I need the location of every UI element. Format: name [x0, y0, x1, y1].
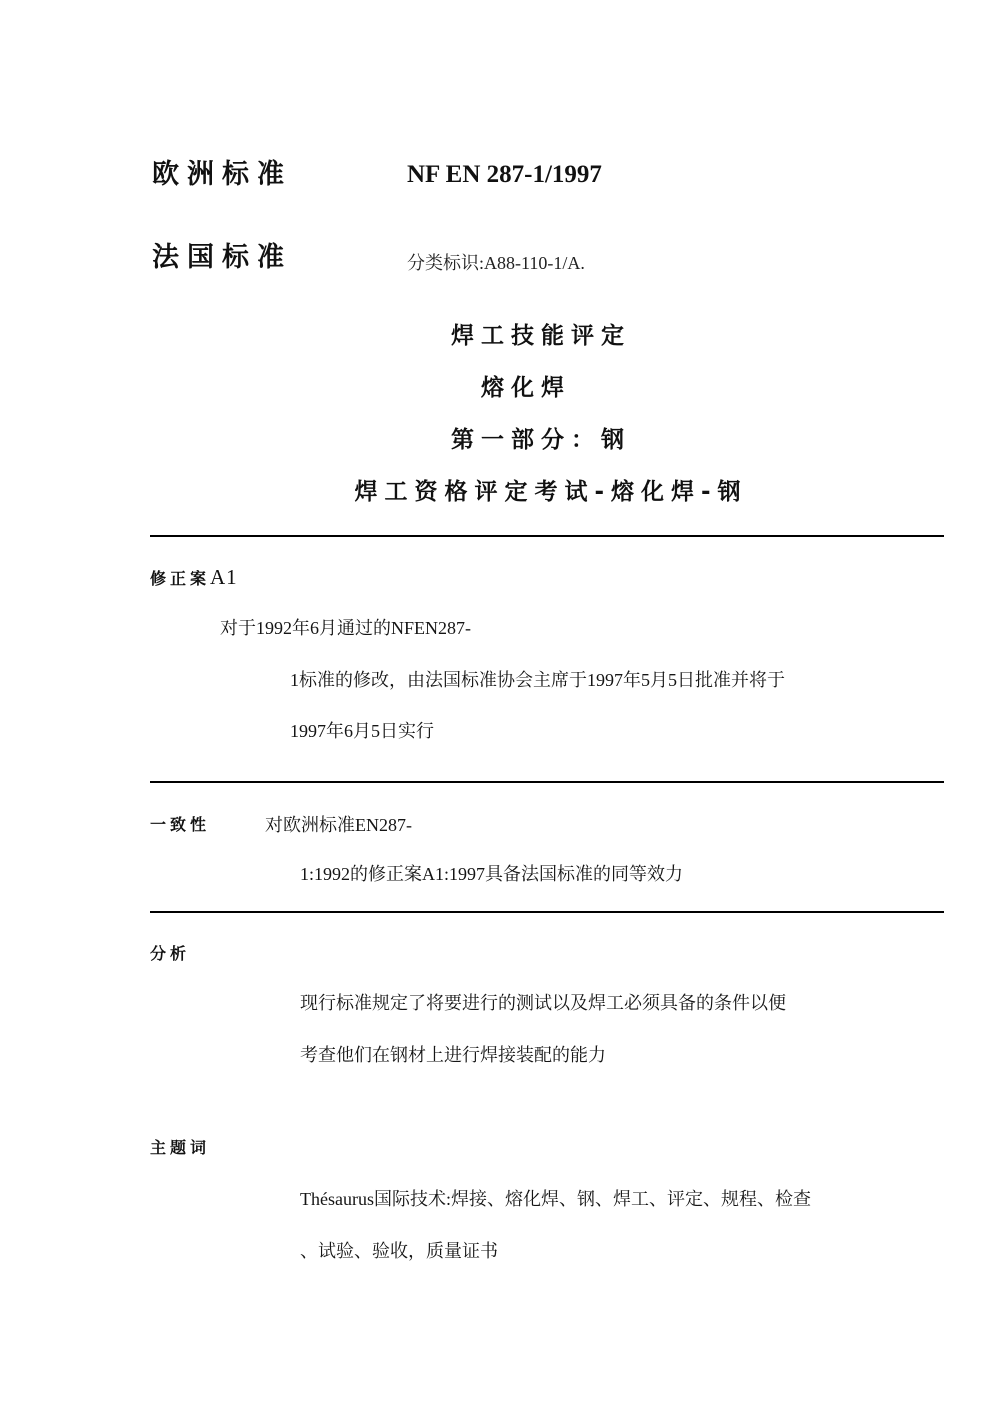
- analysis-line-2: 考查他们在钢材上进行焊接装配的能力: [300, 1043, 606, 1067]
- amendment-line-2: 1标准的修改，由法国标准协会主席于1997年5月5日批准并将于: [290, 668, 785, 692]
- amendment-label-suffix: A1: [210, 565, 238, 589]
- analysis-line-1: 现行标准规定了将要进行的测试以及焊工必须具备的条件以便: [300, 991, 786, 1015]
- title-line-4: 焊工资格评定考试-熔化焊-钢: [0, 477, 992, 507]
- keywords-label: 主题词: [150, 1137, 210, 1159]
- amendment-line-1: 对于1992年6月通过的NFEN287-: [220, 616, 471, 640]
- divider-rule: [150, 535, 944, 537]
- amendment-line-3: 1997年6月5日实行: [290, 719, 434, 743]
- french-standard-label: 法国标准: [152, 243, 292, 273]
- title-line-2: 熔化焊: [0, 373, 992, 403]
- classification-code: 分类标识:A88-110-1/A.: [407, 251, 585, 275]
- divider-rule: [150, 781, 944, 783]
- title-line-3: 第一部分：钢: [0, 425, 992, 455]
- conformity-line-2: 1:1992的修正案A1:1997具备法国标准的同等效力: [300, 862, 683, 886]
- analysis-label: 分析: [150, 943, 190, 965]
- standard-code: NF EN 287-1/1997: [407, 160, 602, 190]
- divider-rule: [150, 911, 944, 913]
- conformity-line-1: 对欧洲标准EN287-: [265, 813, 412, 837]
- keywords-line-2: 、试验、验收，质量证书: [300, 1239, 498, 1263]
- conformity-label: 一致性: [150, 814, 210, 836]
- amendment-label-text: 修正案: [150, 569, 210, 588]
- european-standard-label: 欧洲标准: [152, 160, 292, 190]
- amendment-label: 修正案A1: [150, 566, 238, 590]
- title-line-1: 焊工技能评定: [0, 321, 992, 351]
- keywords-line-1: Thésaurus国际技术:焊接、熔化焊、钢、焊工、评定、规程、检查: [300, 1187, 811, 1211]
